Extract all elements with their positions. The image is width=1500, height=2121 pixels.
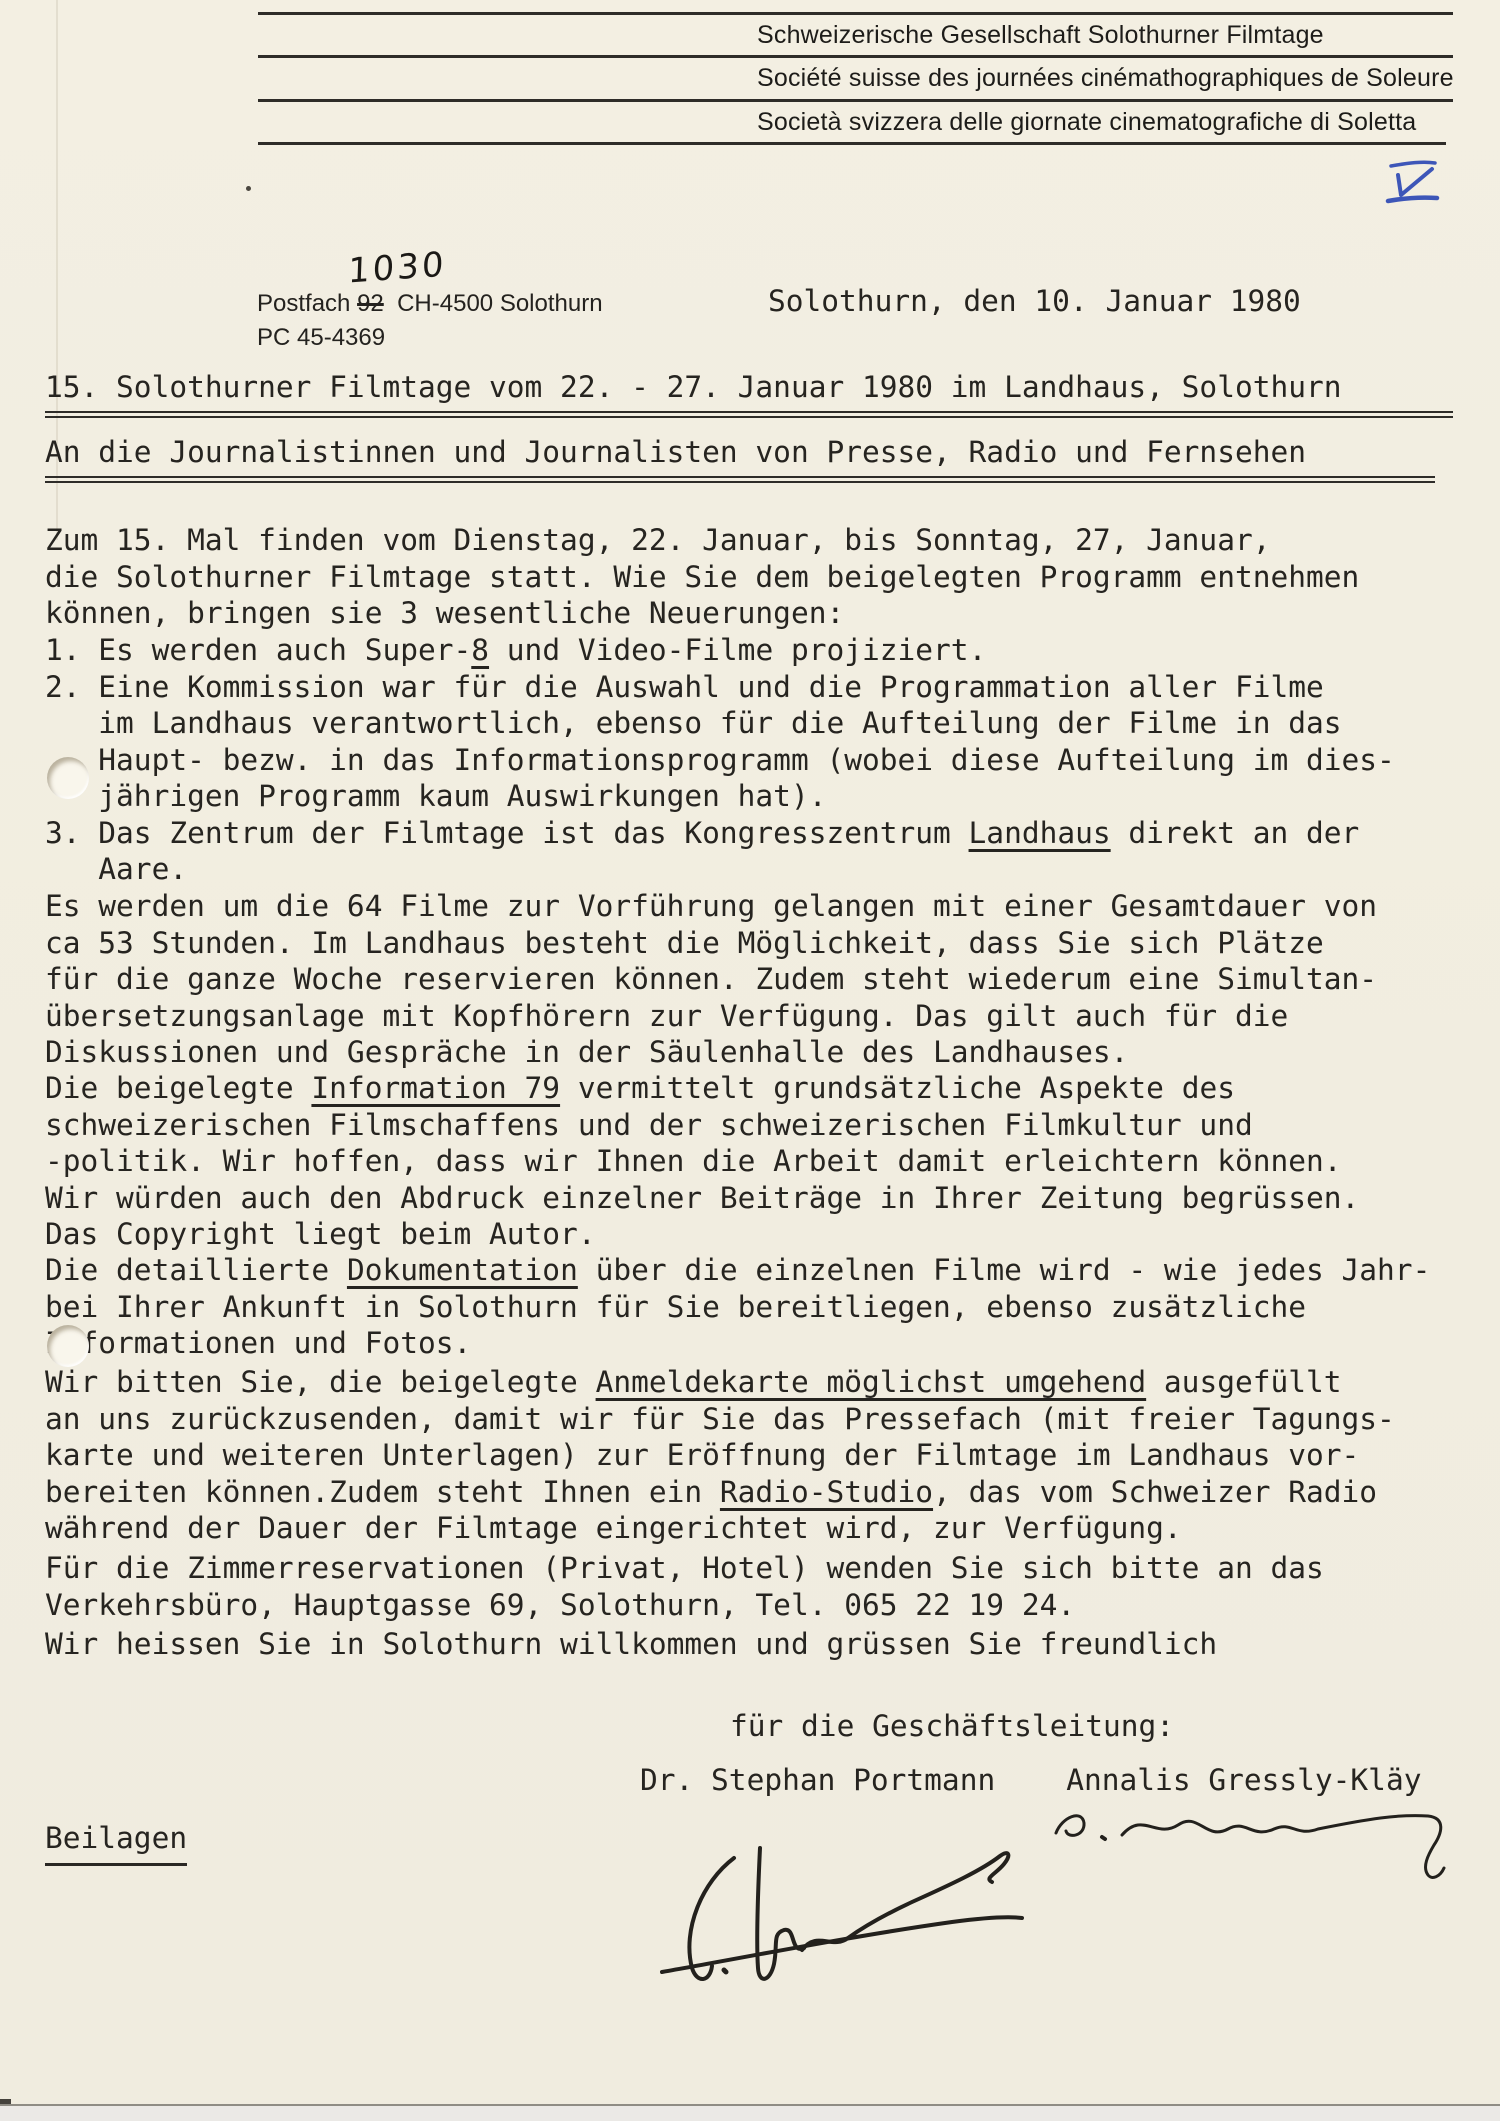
- text-line: Die detaillierte Dokumentation über die …: [45, 1252, 1430, 1289]
- text-line: übersetzungsanlage mit Kopfhörern zur Ve…: [45, 998, 1377, 1035]
- text-line: Wir heissen Sie in Solothurn willkommen …: [45, 1626, 1217, 1663]
- punch-hole: [47, 757, 89, 799]
- paragraph-films: Es werden um die 64 Filme zur Vorführung…: [45, 888, 1377, 1071]
- text-line: 1. Es werden auch Super-8 und Video-Film…: [45, 632, 1395, 669]
- text-line: für die ganze Woche reservieren können. …: [45, 961, 1377, 998]
- text-line: jährigen Programm kaum Auswirkungen hat)…: [45, 778, 1395, 815]
- text-segment: 3. Das Zentrum der Filmtage ist das Kong…: [45, 816, 969, 850]
- text-segment: und Video-Filme projiziert.: [489, 633, 986, 667]
- text-line: Wir würden auch den Abdruck einzelner Be…: [45, 1180, 1359, 1217]
- text-line: im Landhaus verantwortlich, ebenso für d…: [45, 705, 1395, 742]
- paragraph-zimmerreservation: Für die Zimmerreservationen (Privat, Hot…: [45, 1550, 1324, 1623]
- signature-gressly: [1038, 1781, 1468, 1886]
- text-line: während der Dauer der Filmtage eingerich…: [45, 1510, 1395, 1547]
- struck-text: 92: [357, 290, 384, 317]
- recipient-underline: [45, 476, 1435, 483]
- text-segment: vermittelt grundsätzliche Aspekte des: [560, 1071, 1235, 1105]
- closing-for-management: für die Geschäftsleitung:: [730, 1708, 1174, 1745]
- text-line: Verkehrsbüro, Hauptgasse 69, Solothurn, …: [45, 1587, 1324, 1624]
- text-segment: Die detaillierte: [45, 1253, 347, 1287]
- paragraph-gruss: Wir heissen Sie in Solothurn willkommen …: [45, 1626, 1217, 1663]
- underlined-text: Radio-Studio: [720, 1475, 933, 1509]
- handwritten-checkmark-icon: [1383, 156, 1443, 208]
- text-line: karte und weiteren Unterlagen) zur Eröff…: [45, 1437, 1395, 1474]
- text-line: Die beigelegte Information 79 vermittelt…: [45, 1070, 1359, 1107]
- subject-line: 15. Solothurner Filmtage vom 22. - 27. J…: [45, 369, 1342, 406]
- text-line: Wir bitten Sie, die beigelegte Anmeldeka…: [45, 1364, 1395, 1401]
- text-line: 3. Das Zentrum der Filmtage ist das Kong…: [45, 815, 1395, 852]
- handwritten-number: 1030: [347, 244, 447, 291]
- text-line: Es werden um die 64 Filme zur Vorführung…: [45, 888, 1377, 925]
- underlined-text: 8: [471, 633, 489, 667]
- underlined-text: Dokumentation: [347, 1253, 578, 1287]
- text-line: Informationen und Fotos.: [45, 1325, 1430, 1362]
- paragraph-intro: Zum 15. Mal finden vom Dienstag, 22. Jan…: [45, 522, 1359, 632]
- text-segment: über die einzelnen Filme wird - wie jede…: [578, 1253, 1431, 1287]
- text-segment: Postfach: [257, 290, 357, 317]
- text-line: die Solothurner Filmtage statt. Wie Sie …: [45, 559, 1359, 596]
- text-line: Haupt- bezw. in das Informationsprogramm…: [45, 742, 1395, 779]
- text-line: Für die Zimmerreservationen (Privat, Hot…: [45, 1550, 1324, 1587]
- enclosures-label: Beilagen: [45, 1820, 187, 1866]
- text-line: Aare.: [45, 851, 1395, 888]
- letterhead-rule: [258, 12, 1453, 15]
- sender-pc-line: PC 45-4369: [257, 324, 385, 352]
- text-segment: 1. Es werden auch Super-: [45, 633, 471, 667]
- text-segment: , das vom Schweizer Radio: [933, 1475, 1377, 1509]
- signature-portmann: [652, 1830, 1032, 2000]
- text-line: bei Ihrer Ankunft in Solothurn für Sie b…: [45, 1289, 1430, 1326]
- underlined-text: Information 79: [311, 1071, 560, 1105]
- text-line: bereiten können.Zudem steht Ihnen ein Ra…: [45, 1474, 1395, 1511]
- paragraph-numbered-list: 1. Es werden auch Super-8 und Video-Film…: [45, 632, 1395, 888]
- date-line: Solothurn, den 10. Januar 1980: [768, 283, 1301, 320]
- text-line: Diskussionen und Gespräche in der Säulen…: [45, 1034, 1377, 1071]
- text-segment: Wir bitten Sie, die beigelegte: [45, 1365, 596, 1399]
- text-line: ca 53 Stunden. Im Landhaus besteht die M…: [45, 925, 1377, 962]
- punch-hole: [47, 1325, 89, 1367]
- letterhead-rule: [258, 99, 1453, 102]
- text-segment: bereiten können.Zudem steht Ihnen ein: [45, 1475, 720, 1509]
- text-line: Zum 15. Mal finden vom Dienstag, 22. Jan…: [45, 522, 1359, 559]
- letterhead-line-italian: Società svizzera delle giornate cinemato…: [757, 108, 1416, 137]
- letterhead-line-german: Schweizerische Gesellschaft Solothurner …: [757, 21, 1324, 50]
- paragraph-information-79: Die beigelegte Information 79 vermittelt…: [45, 1070, 1359, 1253]
- recipient-line: An die Journalistinnen und Journalisten …: [45, 434, 1306, 471]
- text-segment: CH-4500 Solothurn: [384, 290, 603, 317]
- scan-speck: [246, 186, 251, 191]
- text-line: Das Copyright liegt beim Autor.: [45, 1216, 1359, 1253]
- text-segment: direkt an der: [1111, 816, 1360, 850]
- letterhead-rule: [258, 142, 1446, 145]
- text-line: an uns zurückzusenden, damit wir für Sie…: [45, 1401, 1395, 1438]
- letterhead-rule: [258, 55, 1453, 58]
- paragraph-anmeldekarte: Wir bitten Sie, die beigelegte Anmeldeka…: [45, 1364, 1395, 1547]
- text-line: -politik. Wir hoffen, dass wir Ihnen die…: [45, 1143, 1359, 1180]
- scanned-letter-page: Schweizerische Gesellschaft Solothurner …: [0, 0, 1500, 2121]
- underlined-text: Anmeldekarte möglichst umgehend: [596, 1365, 1147, 1399]
- subject-underline: [45, 411, 1453, 418]
- sender-postfach-line: Postfach 92 CH-4500 Solothurn: [257, 290, 603, 318]
- text-segment: ausgefüllt: [1146, 1365, 1341, 1399]
- paragraph-dokumentation: Die detaillierte Dokumentation über die …: [45, 1252, 1430, 1362]
- text-line: 2. Eine Kommission war für die Auswahl u…: [45, 669, 1395, 706]
- letterhead-line-french: Société suisse des journées cinémathogra…: [757, 64, 1454, 93]
- underlined-text: Landhaus: [969, 816, 1111, 850]
- text-line: schweizerischen Filmschaffens und der sc…: [45, 1107, 1359, 1144]
- text-line: können, bringen sie 3 wesentliche Neueru…: [45, 595, 1359, 632]
- text-segment: Die beigelegte: [45, 1071, 311, 1105]
- scanner-background-strip: [0, 2104, 1500, 2121]
